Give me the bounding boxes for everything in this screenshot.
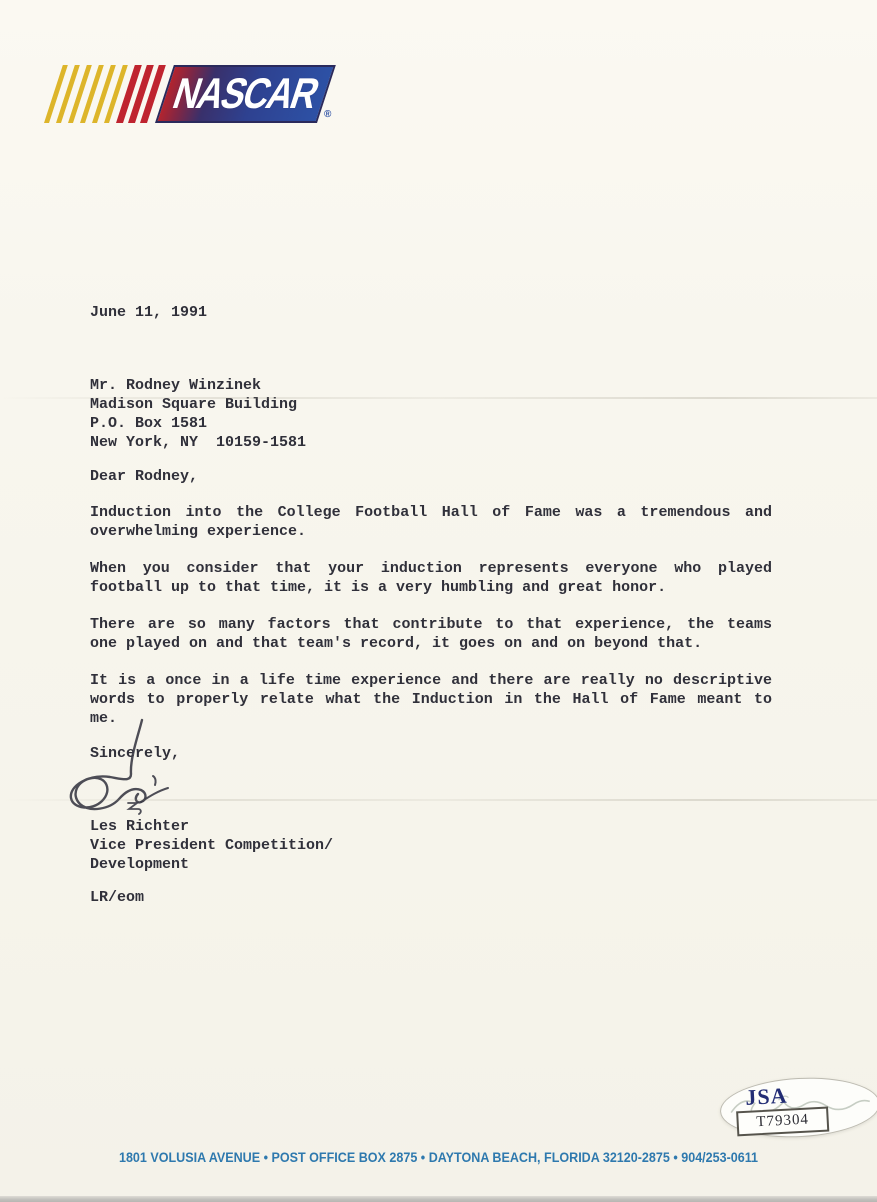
paragraph-line: There are so many factors that contribut… — [90, 615, 772, 634]
signer-name: Les Richter — [90, 817, 772, 836]
letter-date: June 11, 1991 — [90, 303, 772, 322]
logo-speed-stripes: NASCAR — [44, 65, 336, 123]
registered-trademark-symbol: ® — [324, 109, 331, 120]
scan-bottom-edge — [0, 1196, 877, 1202]
paragraph-line: one played on and that team's record, it… — [90, 634, 772, 653]
signer-title: Vice President Competition/Development — [90, 836, 772, 874]
letter-body: June 11, 1991 Mr. Rodney WinzinekMadison… — [90, 303, 772, 907]
salutation: Dear Rodney, — [90, 467, 772, 486]
footer-text: 1801 VOLUSIA AVENUE • POST OFFICE BOX 28… — [119, 1150, 758, 1165]
recipient-line: New York, NY 10159-1581 — [90, 433, 772, 452]
paragraph-line: me. — [90, 709, 772, 728]
paragraph-line: It is a once in a life time experience a… — [90, 671, 772, 690]
jsa-logo-text: JSA — [745, 1083, 788, 1111]
logo-wordmark-text: NASCAR — [168, 73, 323, 116]
logo-wordmark-box: NASCAR — [155, 65, 336, 123]
paragraph-line: words to properly relate what the Induct… — [90, 690, 772, 709]
signer-title-line: Development — [90, 855, 772, 874]
recipient-address: Mr. Rodney WinzinekMadison Square Buildi… — [90, 376, 772, 452]
paragraph-line: football up to that time, it is a very h… — [90, 578, 772, 597]
reference-initials: LR/eom — [90, 888, 772, 907]
nascar-logo: NASCAR ® — [44, 65, 317, 123]
letter-paragraph: It is a once in a life time experience a… — [90, 671, 772, 728]
recipient-line: P.O. Box 1581 — [90, 414, 772, 433]
letter-paragraph: There are so many factors that contribut… — [90, 615, 772, 653]
paragraph-line: When you consider that your induction re… — [90, 559, 772, 578]
closing: Sincerely, — [90, 744, 772, 763]
letter-paragraph: When you consider that your induction re… — [90, 559, 772, 597]
footer-address-line: 1801 VOLUSIA AVENUE • POST OFFICE BOX 28… — [31, 1150, 847, 1165]
signer-title-line: Vice President Competition/ — [90, 836, 772, 855]
letter-scan: NASCAR ® June 11, 1991 Mr. Rodney Winzin… — [0, 0, 877, 1202]
letter-paragraphs: Induction into the College Football Hall… — [90, 503, 772, 728]
jsa-serial-number: T79304 — [736, 1107, 829, 1137]
jsa-authentication-sticker: JSA T79304 — [719, 1074, 877, 1141]
fold-crease-top — [0, 397, 877, 399]
fold-crease-bottom — [0, 799, 877, 801]
paragraph-line: overwhelming experience. — [90, 522, 772, 541]
letter-paragraph: Induction into the College Football Hall… — [90, 503, 772, 541]
paragraph-line: Induction into the College Football Hall… — [90, 503, 772, 522]
recipient-line: Mr. Rodney Winzinek — [90, 376, 772, 395]
